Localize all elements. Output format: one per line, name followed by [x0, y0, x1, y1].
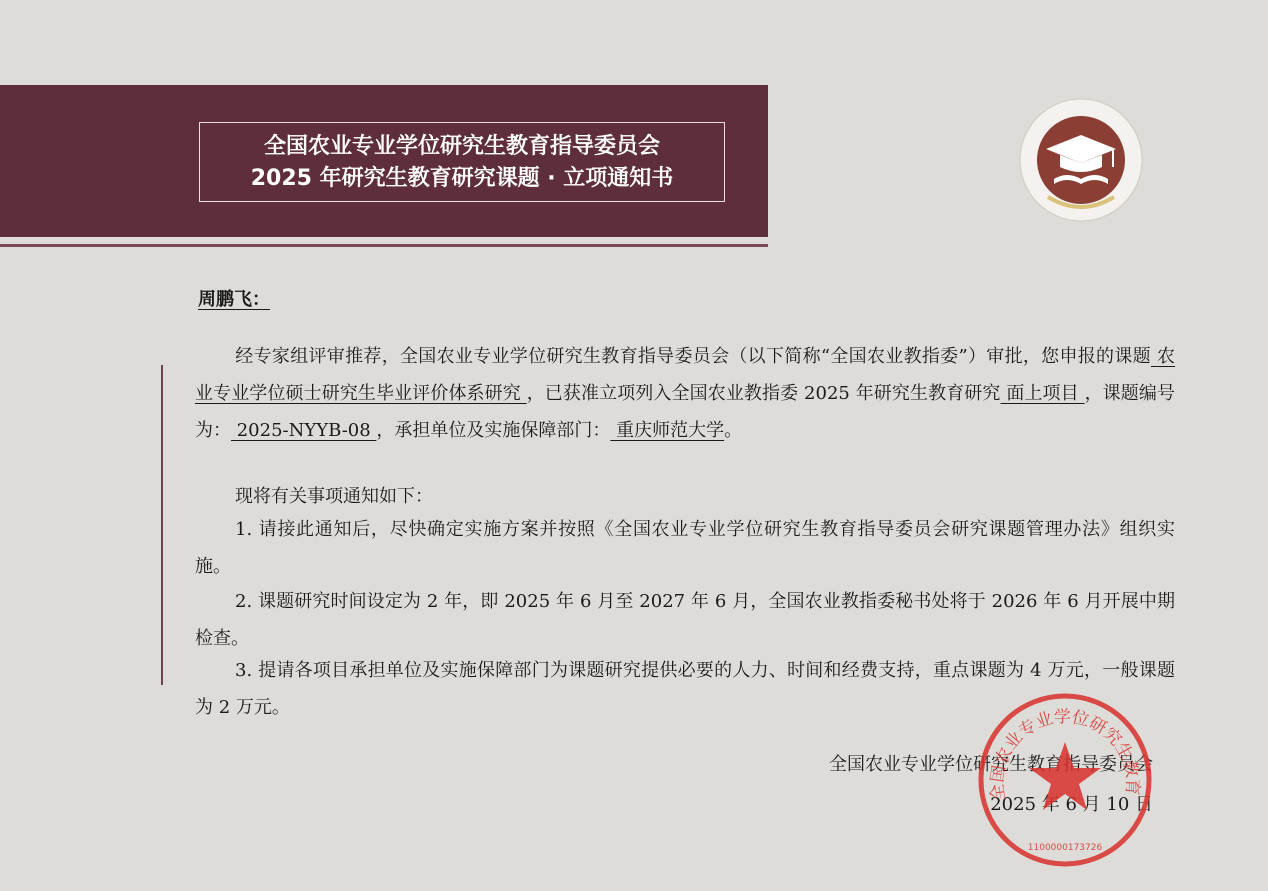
official-seal-icon: 全国农业专业学位研究生教育指导委员会 1100000173726	[975, 690, 1155, 870]
notice-item-2: 2. 课题研究时间设定为 2 年，即 2025 年 6 月至 2027 年 6 …	[195, 583, 1175, 657]
title-line-2: 2025 年研究生教育研究课题 · 立项通知书	[200, 163, 724, 195]
approval-paragraph: 经专家组评审推荐，全国农业专业学位研究生教育指导委员会（以下简称“全国农业教指委…	[195, 338, 1175, 449]
text: 现将有关事项通知如下：	[235, 486, 433, 507]
project-code: 2025-NYYB-08	[231, 420, 376, 441]
recipient-name: 周鹏飞：	[198, 285, 270, 311]
host-unit: 重庆师范大学	[610, 420, 724, 441]
notice-item-1: 1. 请接此通知后，尽快确定实施方案并按照《全国农业专业学位研究生教育指导委员会…	[195, 511, 1175, 585]
committee-emblem-icon	[1018, 97, 1144, 223]
text: ，已获准立项列入全国农业教指委 2025 年研究生教育研究	[527, 383, 1001, 404]
project-category: 面上项目	[1001, 383, 1085, 404]
title-line-1: 全国农业专业学位研究生教育指导委员会	[200, 131, 724, 163]
text: 经专家组评审推荐，全国农业专业学位研究生教育指导委员会（以下简称“全国农业教指委…	[235, 346, 1151, 367]
svg-text:1100000173726: 1100000173726	[1028, 843, 1103, 853]
document-title: 全国农业专业学位研究生教育指导委员会 2025 年研究生教育研究课题 · 立项通…	[199, 122, 725, 202]
header-divider	[0, 244, 768, 247]
margin-rule	[161, 365, 163, 685]
text: ，承担单位及实施保障部门：	[376, 420, 610, 441]
text: 。	[724, 420, 742, 441]
text: 1. 请接此通知后，尽快确定实施方案并按照《全国农业专业学位研究生教育指导委员会…	[195, 519, 1175, 577]
notice-intro: 现将有关事项通知如下：	[195, 478, 1175, 515]
text: 2. 课题研究时间设定为 2 年，即 2025 年 6 月至 2027 年 6 …	[195, 591, 1175, 649]
